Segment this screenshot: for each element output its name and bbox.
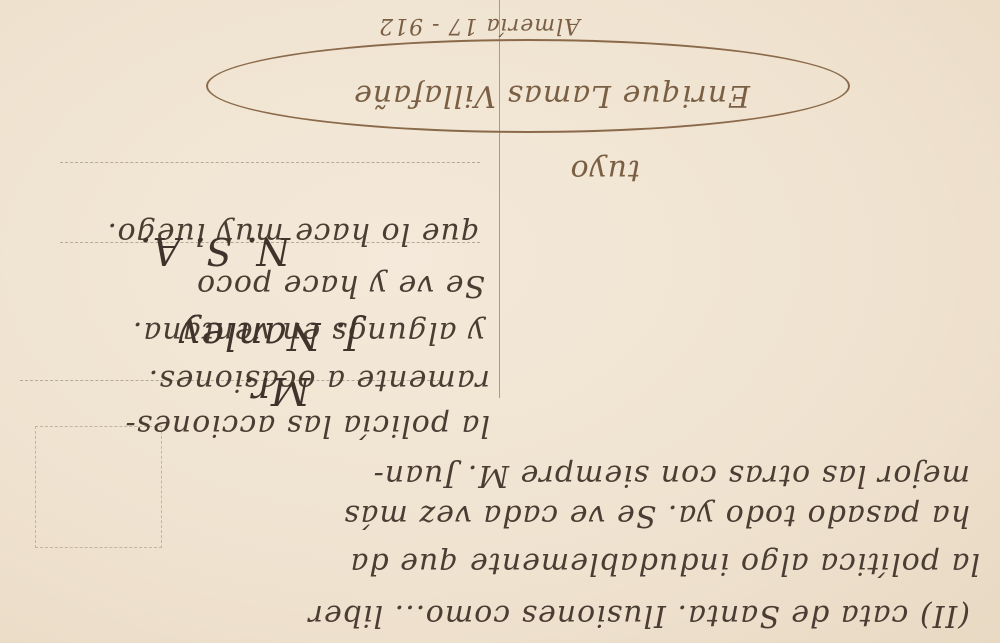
message-line: ha pasado todo ya. Se ve cada vez más <box>343 498 970 533</box>
message-line: la política algo indudablemente que da <box>350 546 981 581</box>
address-name: J. Nanley <box>178 314 360 358</box>
address-salutation: Mr. <box>242 369 310 413</box>
postcard: (II) cata de Santa. Ilusiones como... li… <box>0 0 1000 643</box>
signature: Enrique Lamas Villafañe <box>353 78 750 113</box>
message-line: ramente a ocasiones. <box>148 363 490 398</box>
stamp-box <box>35 426 162 548</box>
postcard-upside-down-content: (II) cata de Santa. Ilusiones como... li… <box>0 0 1000 643</box>
closing: tuyo <box>570 153 640 188</box>
address-state: N. S. A. <box>139 229 290 273</box>
message-line: (II) cata de Santa. Ilusiones como... li… <box>308 598 970 633</box>
message-line: mejor las otras con siempre M. Juan- <box>373 458 970 493</box>
message-line: la policía las acciones- <box>125 408 490 443</box>
header-date: Almería 17 - 912 <box>378 13 580 38</box>
message-line: Se ve y hace poco <box>196 268 485 303</box>
address-guide-line <box>60 162 480 163</box>
